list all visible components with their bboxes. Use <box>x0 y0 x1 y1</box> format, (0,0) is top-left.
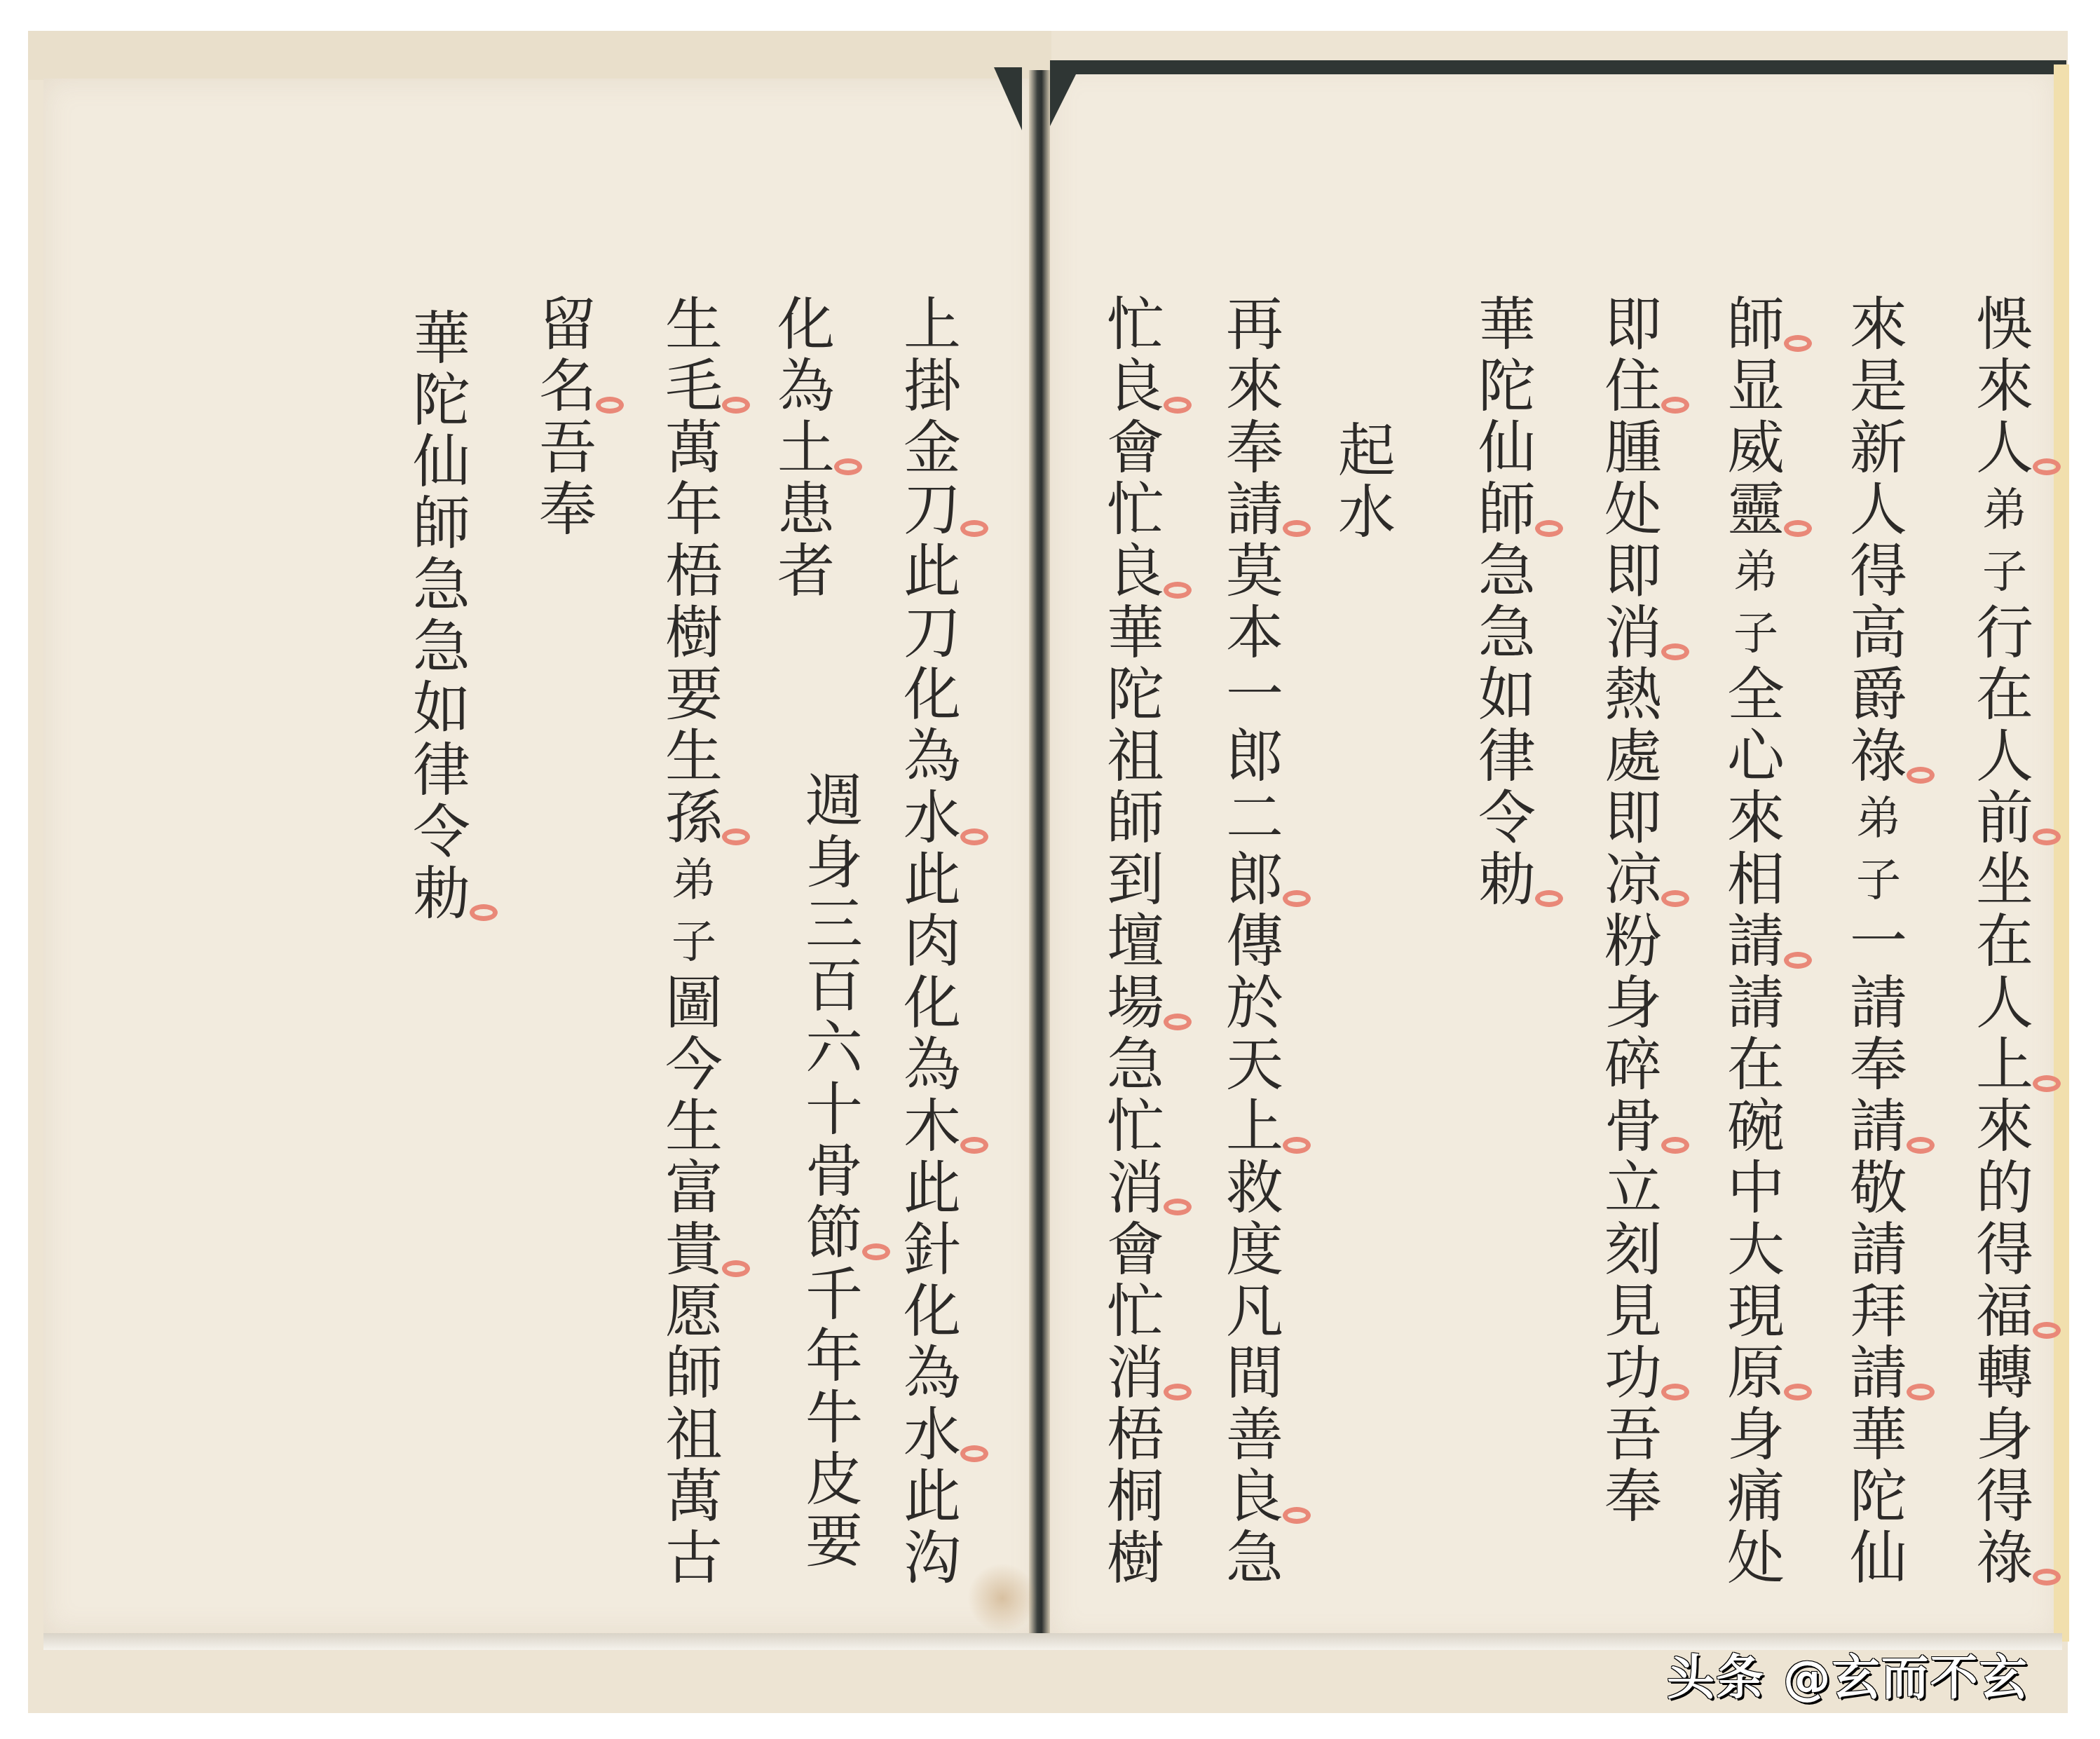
right-page-top-dark-edge <box>1050 60 2066 74</box>
character: 牛 <box>799 1388 869 1450</box>
text-column: 留名吾奉 <box>529 294 606 541</box>
character: 奉 <box>1598 1466 1668 1528</box>
character: 掛 <box>897 356 967 418</box>
character: 此 <box>897 541 967 603</box>
character: 心 <box>1721 726 1791 788</box>
character: 人 <box>1970 973 2040 1035</box>
character: 在 <box>1721 1035 1791 1096</box>
character: 會 <box>1100 418 1171 479</box>
character: 一 <box>1220 664 1290 726</box>
text-column: 來是新人得高爵祿弟子一請奉請敬請拜請華陀仙 <box>1840 294 1917 1590</box>
character: 針 <box>897 1220 967 1281</box>
character: 桐 <box>1100 1466 1171 1528</box>
character: 消 <box>1598 603 1668 664</box>
character: 刀 <box>897 603 967 664</box>
character: 凡 <box>1220 1281 1290 1343</box>
character: 大 <box>1721 1220 1791 1281</box>
character: 請 <box>1843 1220 1914 1281</box>
character: 坐 <box>1970 850 2040 911</box>
character: 圖 <box>659 973 729 1035</box>
character: 一 <box>1843 911 1914 973</box>
character: 週 <box>799 771 869 833</box>
right-page-dark-corner <box>1050 70 1078 126</box>
character: 仙 <box>1472 418 1542 479</box>
character: 請 <box>1721 911 1791 973</box>
character: 粉 <box>1598 911 1668 973</box>
character: 奉 <box>1843 1035 1914 1096</box>
character: 祖 <box>1100 726 1171 788</box>
text-column: 悞來人弟子行在人前坐在人上來的得福轉身得祿 <box>1966 294 2043 1590</box>
character: 見 <box>1598 1281 1668 1343</box>
character: 現 <box>1721 1281 1791 1343</box>
character: 祿 <box>1970 1528 2040 1590</box>
character: 得 <box>1970 1220 2040 1281</box>
text-column: 上掛金刀此刀化為水此肉化為木此針化為水此沟 <box>894 294 971 1590</box>
character: 人 <box>1970 418 2040 479</box>
character: 良 <box>1100 356 1171 418</box>
character: 急 <box>1472 603 1542 664</box>
character: 祿 <box>1843 726 1914 788</box>
character: 令 <box>1472 788 1542 850</box>
character: 爵 <box>1843 664 1914 726</box>
character: 身 <box>1721 1405 1791 1466</box>
watermark: 头条 @玄而不玄 <box>1667 1640 2029 1708</box>
character: 熱 <box>1598 664 1668 726</box>
character: 沟 <box>897 1528 967 1590</box>
text-column: 即住腫处即消熱處即凉粉身碎骨立刻見功吾奉 <box>1595 294 1672 1528</box>
character: 弟 <box>1843 788 1914 850</box>
character: 師 <box>1472 479 1542 541</box>
character: 二 <box>1220 788 1290 850</box>
character: 即 <box>1598 788 1668 850</box>
character: 再 <box>1220 294 1290 356</box>
character: 身 <box>1598 973 1668 1035</box>
character: 处 <box>1598 479 1668 541</box>
character: 萬 <box>659 1466 729 1528</box>
character: 師 <box>1721 294 1791 356</box>
character: 人 <box>1970 726 2040 788</box>
character: 令 <box>407 802 477 864</box>
character: 相 <box>1721 850 1791 911</box>
character: 會 <box>1100 1220 1171 1281</box>
character: 身 <box>1970 1405 2040 1466</box>
character: 華 <box>1843 1405 1914 1466</box>
character: 忙 <box>1100 294 1171 356</box>
book-spine <box>1029 70 1050 1640</box>
character: 吾 <box>533 418 603 479</box>
character: 留 <box>533 294 603 356</box>
character: 勅 <box>407 864 477 925</box>
character: 得 <box>1843 541 1914 603</box>
character: 來 <box>1970 356 2040 418</box>
character: 急 <box>1220 1528 1290 1590</box>
character: 節 <box>799 1203 869 1264</box>
character: 陀 <box>1472 356 1542 418</box>
character: 六 <box>799 1018 869 1079</box>
character: 忙 <box>1100 1096 1171 1158</box>
character: 仙 <box>407 432 477 493</box>
character: 梧 <box>1100 1405 1171 1466</box>
character: 在 <box>1970 911 2040 973</box>
character: 奉 <box>533 479 603 541</box>
character: 陀 <box>407 370 477 432</box>
character: 化 <box>897 973 967 1035</box>
text-column: 師显威靈弟子全心來相請請在碗中大現原身痛处 <box>1717 294 1794 1590</box>
character: 弟 <box>659 850 729 911</box>
character: 如 <box>407 678 477 740</box>
character: 全 <box>1721 664 1791 726</box>
text-column: 華陀仙師急急如律令勅 <box>1468 294 1546 911</box>
character: 急 <box>1100 1035 1171 1096</box>
character: 骨 <box>1598 1096 1668 1158</box>
character: 百 <box>799 956 869 1018</box>
character: 祖 <box>659 1405 729 1466</box>
character: 律 <box>407 740 477 802</box>
character: 此 <box>897 850 967 911</box>
character: 來 <box>1970 1096 2040 1158</box>
character: 水 <box>897 1405 967 1466</box>
character: 場 <box>1100 973 1171 1035</box>
character: 得 <box>1970 1466 2040 1528</box>
character: 的 <box>1970 1158 2040 1220</box>
character: 良 <box>1220 1466 1290 1528</box>
character: 生 <box>659 294 729 356</box>
character: 轉 <box>1970 1343 2040 1405</box>
character: 土 <box>771 418 841 479</box>
character: 毛 <box>659 356 729 418</box>
character: 即 <box>1598 294 1668 356</box>
character: 立 <box>1598 1158 1668 1220</box>
character: 良 <box>1100 541 1171 603</box>
character: 愿 <box>659 1281 729 1343</box>
character: 痛 <box>1721 1466 1791 1528</box>
character: 上 <box>1970 1035 2040 1096</box>
character: 律 <box>1472 726 1542 788</box>
character: 急 <box>407 617 477 678</box>
character: 忙 <box>1100 1281 1171 1343</box>
character: 皮 <box>799 1450 869 1511</box>
character: 請 <box>1721 973 1791 1035</box>
paper-stain <box>967 1563 1037 1633</box>
character: 請 <box>1843 1343 1914 1405</box>
character: 高 <box>1843 603 1914 664</box>
character: 莫 <box>1220 541 1290 603</box>
character: 古 <box>659 1528 729 1590</box>
character: 木 <box>897 1096 967 1158</box>
character: 樹 <box>659 603 729 664</box>
character: 起 <box>1332 421 1402 482</box>
character: 華 <box>1472 294 1542 356</box>
character: 子 <box>1721 603 1791 664</box>
character: 來 <box>1220 356 1290 418</box>
character: 忙 <box>1100 479 1171 541</box>
text-column: 週身三百六十骨節千年牛皮要 <box>796 771 873 1573</box>
character: 到 <box>1100 850 1171 911</box>
character: 拜 <box>1843 1281 1914 1343</box>
character: 師 <box>1100 788 1171 850</box>
character: 消 <box>1100 1158 1171 1220</box>
character: 為 <box>897 1035 967 1096</box>
character: 威 <box>1721 418 1791 479</box>
character: 萬 <box>659 418 729 479</box>
character: 仙 <box>1843 1528 1914 1590</box>
character: 傳 <box>1220 911 1290 973</box>
character: 間 <box>1220 1343 1290 1405</box>
character: 原 <box>1721 1343 1791 1405</box>
character: 生 <box>659 1096 729 1158</box>
character: 水 <box>897 788 967 850</box>
character: 師 <box>407 493 477 555</box>
character: 处 <box>1721 1528 1791 1590</box>
character: 此 <box>897 1466 967 1528</box>
character: 即 <box>1598 541 1668 603</box>
text-column: 化為土患者 <box>768 294 845 603</box>
character: 弟 <box>1970 479 2040 541</box>
character: 處 <box>1598 726 1668 788</box>
character: 上 <box>1220 1096 1290 1158</box>
character: 請 <box>1220 479 1290 541</box>
left-page-dark-corner <box>994 67 1022 130</box>
character: 三 <box>799 894 869 956</box>
top-page-edge <box>28 31 1051 80</box>
character: 陀 <box>1843 1466 1914 1528</box>
character: 弟 <box>1721 541 1791 603</box>
character: 為 <box>897 1343 967 1405</box>
character: 化 <box>897 664 967 726</box>
character: 生 <box>659 726 729 788</box>
character: 梧 <box>659 541 729 603</box>
character: 壇 <box>1100 911 1171 973</box>
character: 身 <box>799 833 869 894</box>
character: 碗 <box>1721 1096 1791 1158</box>
character: 十 <box>799 1079 869 1141</box>
text-column: 忙良會忙良華陀祖師到壇場急忙消會忙消梧桐樹 <box>1097 294 1174 1590</box>
character: 化 <box>771 294 841 356</box>
character: 肉 <box>897 911 967 973</box>
character: 今 <box>659 1035 729 1096</box>
character: 是 <box>1843 356 1914 418</box>
character: 貴 <box>659 1220 729 1281</box>
character: 度 <box>1220 1220 1290 1281</box>
character: 住 <box>1598 356 1668 418</box>
character: 者 <box>771 541 841 603</box>
character: 富 <box>659 1158 729 1220</box>
character: 救 <box>1220 1158 1290 1220</box>
character: 為 <box>771 356 841 418</box>
character: 中 <box>1721 1158 1791 1220</box>
character: 華 <box>1100 603 1171 664</box>
character: 患 <box>771 479 841 541</box>
character: 人 <box>1843 479 1914 541</box>
text-column: 再來奉請莫本一郎二郎傳於天上救度凡間善良急 <box>1216 294 1293 1590</box>
character: 名 <box>533 356 603 418</box>
text-column: 生毛萬年梧樹要生孫弟子圖今生富貴愿師祖萬古 <box>655 294 732 1590</box>
character: 為 <box>897 726 967 788</box>
character: 功 <box>1598 1343 1668 1405</box>
character: 子 <box>1843 850 1914 911</box>
character: 要 <box>659 664 729 726</box>
character: 奉 <box>1220 418 1290 479</box>
character: 急 <box>1472 541 1542 603</box>
character: 凉 <box>1598 850 1668 911</box>
right-page-edge <box>2054 64 2069 1642</box>
character: 福 <box>1970 1281 2040 1343</box>
character: 本 <box>1220 603 1290 664</box>
character: 化 <box>897 1281 967 1343</box>
character: 請 <box>1843 973 1914 1035</box>
character: 急 <box>407 555 477 617</box>
character: 如 <box>1472 664 1542 726</box>
character: 前 <box>1970 788 2040 850</box>
character: 骨 <box>799 1141 869 1203</box>
text-column: 起水 <box>1328 421 1405 544</box>
character: 行 <box>1970 603 2040 664</box>
character: 郎 <box>1220 850 1290 911</box>
text-column: 華陀仙師急急如律令勅 <box>403 308 480 925</box>
character: 刀 <box>897 479 967 541</box>
character: 年 <box>799 1326 869 1388</box>
character: 腫 <box>1598 418 1668 479</box>
character: 請 <box>1843 1096 1914 1158</box>
character: 水 <box>1332 482 1402 544</box>
character: 樹 <box>1100 1528 1171 1590</box>
character: 千 <box>799 1264 869 1326</box>
character: 華 <box>407 308 477 370</box>
character: 上 <box>897 294 967 356</box>
character: 勅 <box>1472 850 1542 911</box>
character: 敬 <box>1843 1158 1914 1220</box>
character: 天 <box>1220 1035 1290 1096</box>
character: 在 <box>1970 664 2040 726</box>
character: 來 <box>1843 294 1914 356</box>
character: 陀 <box>1100 664 1171 726</box>
character: 郎 <box>1220 726 1290 788</box>
character: 刻 <box>1598 1220 1668 1281</box>
character: 显 <box>1721 356 1791 418</box>
character: 碎 <box>1598 1035 1668 1096</box>
character: 吾 <box>1598 1405 1668 1466</box>
character: 新 <box>1843 418 1914 479</box>
character: 於 <box>1220 973 1290 1035</box>
character: 子 <box>1970 541 2040 603</box>
character: 靈 <box>1721 479 1791 541</box>
character: 來 <box>1721 788 1791 850</box>
character: 子 <box>659 911 729 973</box>
character: 此 <box>897 1158 967 1220</box>
character: 孫 <box>659 788 729 850</box>
character: 金 <box>897 418 967 479</box>
character: 消 <box>1100 1343 1171 1405</box>
character: 師 <box>659 1343 729 1405</box>
character: 善 <box>1220 1405 1290 1466</box>
character: 要 <box>799 1511 869 1573</box>
character: 年 <box>659 479 729 541</box>
character: 悞 <box>1970 294 2040 356</box>
